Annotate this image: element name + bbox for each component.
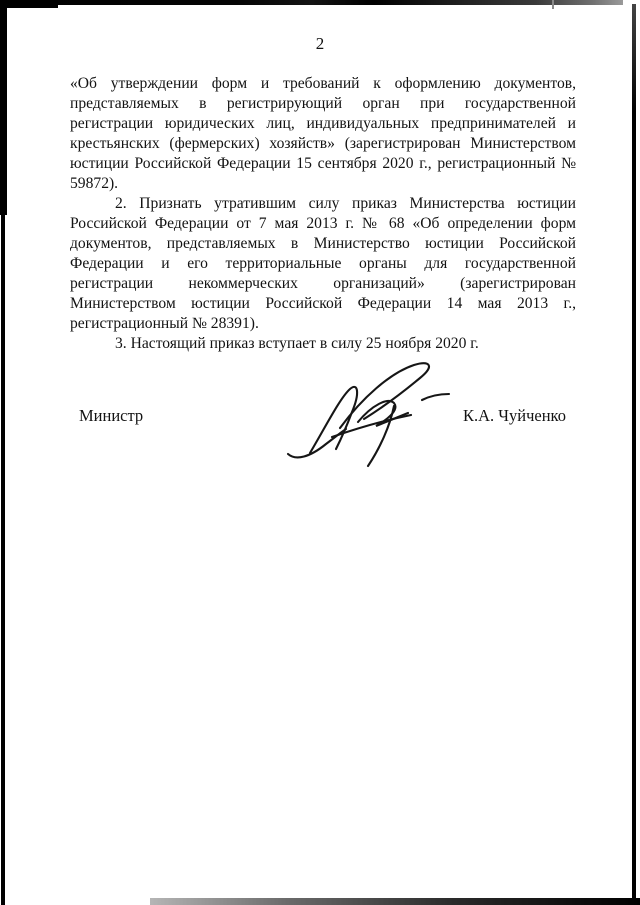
scan-edge-left-upper: [0, 0, 7, 215]
scanned-document-page: 2 «Об утверждении форм и требований к оф…: [0, 0, 640, 905]
signatory-title: Министр: [79, 406, 143, 426]
handwritten-signature-icon: [282, 356, 458, 468]
document-body: «Об утверждении форм и требований к офор…: [70, 74, 576, 354]
scan-edge-right: [632, 4, 636, 905]
paragraph-item-2: 2. Признать утратившим силу приказ Минис…: [70, 194, 576, 334]
paragraph-item-3: 3. Настоящий приказ вступает в силу 25 н…: [70, 334, 576, 354]
scan-edge-top: [0, 0, 623, 5]
scan-edge-top-tick: [552, 0, 554, 9]
paragraph-continuation: «Об утверждении форм и требований к офор…: [70, 74, 576, 194]
scan-edge-left-middle: [1, 215, 5, 690]
scan-edge-left-lower: [1, 690, 5, 905]
scan-edge-bottom: [150, 898, 640, 905]
scan-edge-top-corner: [0, 0, 58, 8]
signatory-name: К.А. Чуйченко: [463, 406, 566, 426]
page-number: 2: [0, 34, 640, 54]
